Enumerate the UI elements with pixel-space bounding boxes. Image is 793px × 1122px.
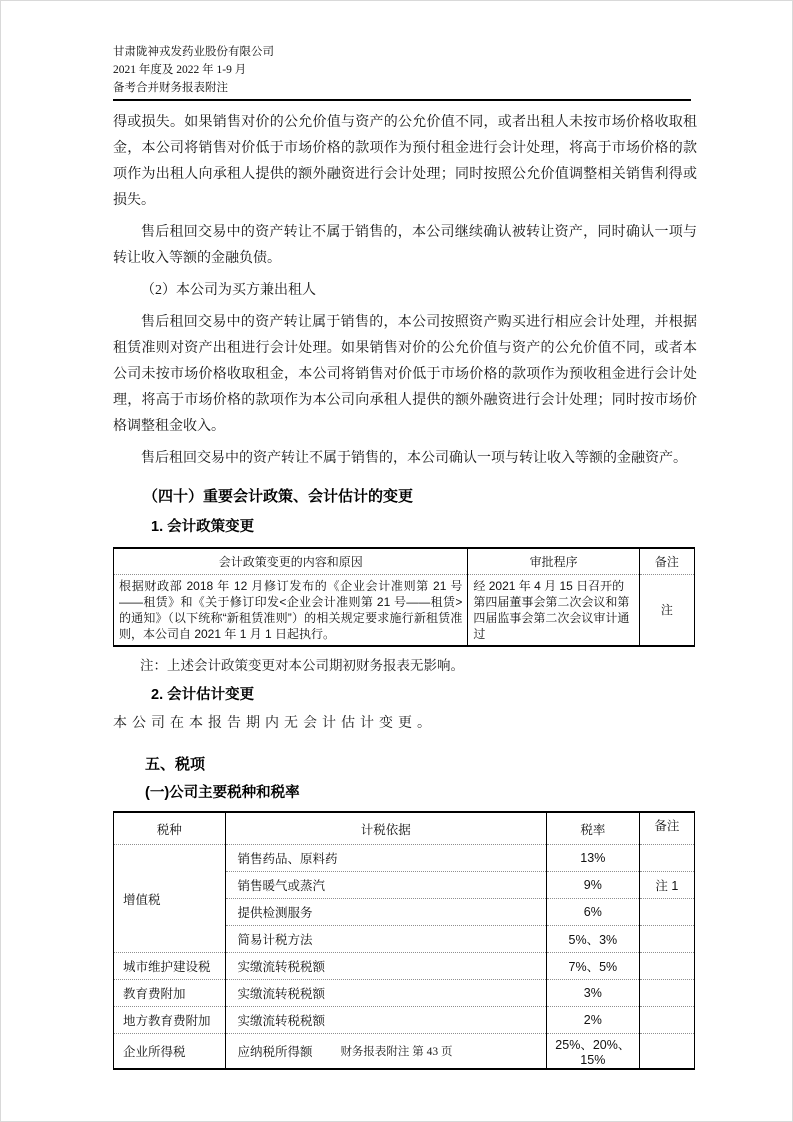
policy-remark-cell: 注 bbox=[639, 575, 694, 647]
policy-change-table: 会计政策变更的内容和原因 审批程序 备注 根据财政部 2018 年 12 月修订… bbox=[113, 547, 695, 647]
company-name: 甘肃陇神戎发药业股份有限公司 bbox=[113, 43, 697, 61]
tax-subsection-heading: (一)公司主要税种和税率 bbox=[145, 783, 697, 804]
tax-basis-cell: 实缴流转税税额 bbox=[225, 980, 546, 1007]
document-page: 甘肃陇神戎发药业股份有限公司 2021 年度及 2022 年 1-9 月 备考合… bbox=[0, 0, 793, 1122]
document-title: 备考合并财务报表附注 bbox=[113, 79, 697, 97]
tax-col-basis-header: 计税依据 bbox=[225, 812, 546, 845]
page-footer: 财务报表附注 第 43 页 bbox=[1, 1043, 792, 1059]
tax-basis-cell: 销售暖气或蒸汽 bbox=[225, 872, 546, 899]
paragraph-non-sale-transfer: 售后租回交易中的资产转让不属于销售的，本公司继续确认被转让资产，同时确认一项与转… bbox=[113, 220, 697, 272]
tax-remark-cell bbox=[639, 953, 694, 980]
tax-remark-cell bbox=[639, 980, 694, 1007]
tax-basis-cell: 提供检测服务 bbox=[225, 899, 546, 926]
tax-remark-cell bbox=[639, 845, 694, 872]
table-row: 地方教育费附加 实缴流转税税额 2% bbox=[114, 1007, 695, 1034]
policy-change-note: 注：上述会计政策变更对本公司期初财务报表无影响。 bbox=[113, 656, 697, 676]
tax-col-rate-header: 税率 bbox=[546, 812, 639, 845]
policy-table-row: 根据财政部 2018 年 12 月修订发布的《企业会计准则第 21 号——租赁》… bbox=[114, 575, 695, 647]
header-rule bbox=[113, 99, 691, 101]
tax-rate-cell: 13% bbox=[546, 845, 639, 872]
policy-col-approval-header: 审批程序 bbox=[468, 548, 639, 575]
policy-change-content-cell: 根据财政部 2018 年 12 月修订发布的《企业会计准则第 21 号——租赁》… bbox=[114, 575, 468, 647]
estimate-change-heading: 2. 会计估计变更 bbox=[151, 685, 697, 706]
paragraph-sale-transfer: 售后租回交易中的资产转让属于销售的，本公司按照资产购买进行相应会计处理，并根据租… bbox=[113, 310, 697, 440]
paragraph-buyer-lessor-label: （2）本公司为买方兼出租人 bbox=[113, 278, 697, 304]
table-row: 增值税 销售药品、原料药 13% bbox=[114, 845, 695, 872]
report-period: 2021 年度及 2022 年 1-9 月 bbox=[113, 61, 697, 79]
tax-type-vat: 增值税 bbox=[114, 845, 226, 953]
tax-remark-cell bbox=[639, 1007, 694, 1034]
policy-col-remark-header: 备注 bbox=[639, 548, 694, 575]
policy-change-heading: 1. 会计政策变更 bbox=[151, 517, 697, 538]
tax-basis-cell: 简易计税方法 bbox=[225, 926, 546, 953]
tax-remark-cell bbox=[639, 926, 694, 953]
table-row: 城市维护建设税 实缴流转税税额 7%、5% bbox=[114, 953, 695, 980]
tax-rate-table: 税种 计税依据 税率 备注 增值税 销售药品、原料药 13% 销售暖气或蒸汽 9… bbox=[113, 811, 695, 1070]
policy-table-header-row: 会计政策变更的内容和原因 审批程序 备注 bbox=[114, 548, 695, 575]
tax-rate-cell: 6% bbox=[546, 899, 639, 926]
tax-basis-cell: 实缴流转税税额 bbox=[225, 953, 546, 980]
page-content: 甘肃陇神戎发药业股份有限公司 2021 年度及 2022 年 1-9 月 备考合… bbox=[113, 1, 697, 1070]
paragraph-lease-seller: 得或损失。如果销售对价的公允价值与资产的公允价值不同，或者出租人未按市场价格收取… bbox=[113, 110, 697, 214]
policy-approval-cell: 经 2021 年 4 月 15 日召开的第四届董事会第二次会议和第四届监事会第二… bbox=[468, 575, 639, 647]
tax-rate-cell: 7%、5% bbox=[546, 953, 639, 980]
tax-remark-cell bbox=[639, 899, 694, 926]
tax-type-cell: 城市维护建设税 bbox=[114, 953, 226, 980]
tax-type-cell: 地方教育费附加 bbox=[114, 1007, 226, 1034]
tax-rate-cell: 3% bbox=[546, 980, 639, 1007]
tax-basis-cell: 销售药品、原料药 bbox=[225, 845, 546, 872]
policy-col-content-header: 会计政策变更的内容和原因 bbox=[114, 548, 468, 575]
tax-basis-cell: 实缴流转税税额 bbox=[225, 1007, 546, 1034]
page-header: 甘肃陇神戎发药业股份有限公司 2021 年度及 2022 年 1-9 月 备考合… bbox=[113, 43, 697, 101]
paragraph-non-sale-asset: 售后租回交易中的资产转让不属于销售的，本公司确认一项与转让收入等额的金融资产。 bbox=[113, 446, 697, 472]
tax-type-cell: 教育费附加 bbox=[114, 980, 226, 1007]
table-row: 教育费附加 实缴流转税税额 3% bbox=[114, 980, 695, 1007]
tax-rate-cell: 9% bbox=[546, 872, 639, 899]
tax-col-remark-header: 备注 bbox=[639, 812, 694, 845]
section-40-heading: （四十）重要会计政策、会计估计的变更 bbox=[143, 486, 697, 508]
tax-col-type-header: 税种 bbox=[114, 812, 226, 845]
tax-table-header-row: 税种 计税依据 税率 备注 bbox=[114, 812, 695, 845]
tax-rate-cell: 5%、3% bbox=[546, 926, 639, 953]
tax-remark-cell: 注 1 bbox=[639, 872, 694, 899]
tax-section-heading: 五、税项 bbox=[145, 754, 697, 776]
estimate-change-text: 本公司在本报告期内无会计估计变更。 bbox=[113, 712, 697, 736]
tax-rate-cell: 2% bbox=[546, 1007, 639, 1034]
